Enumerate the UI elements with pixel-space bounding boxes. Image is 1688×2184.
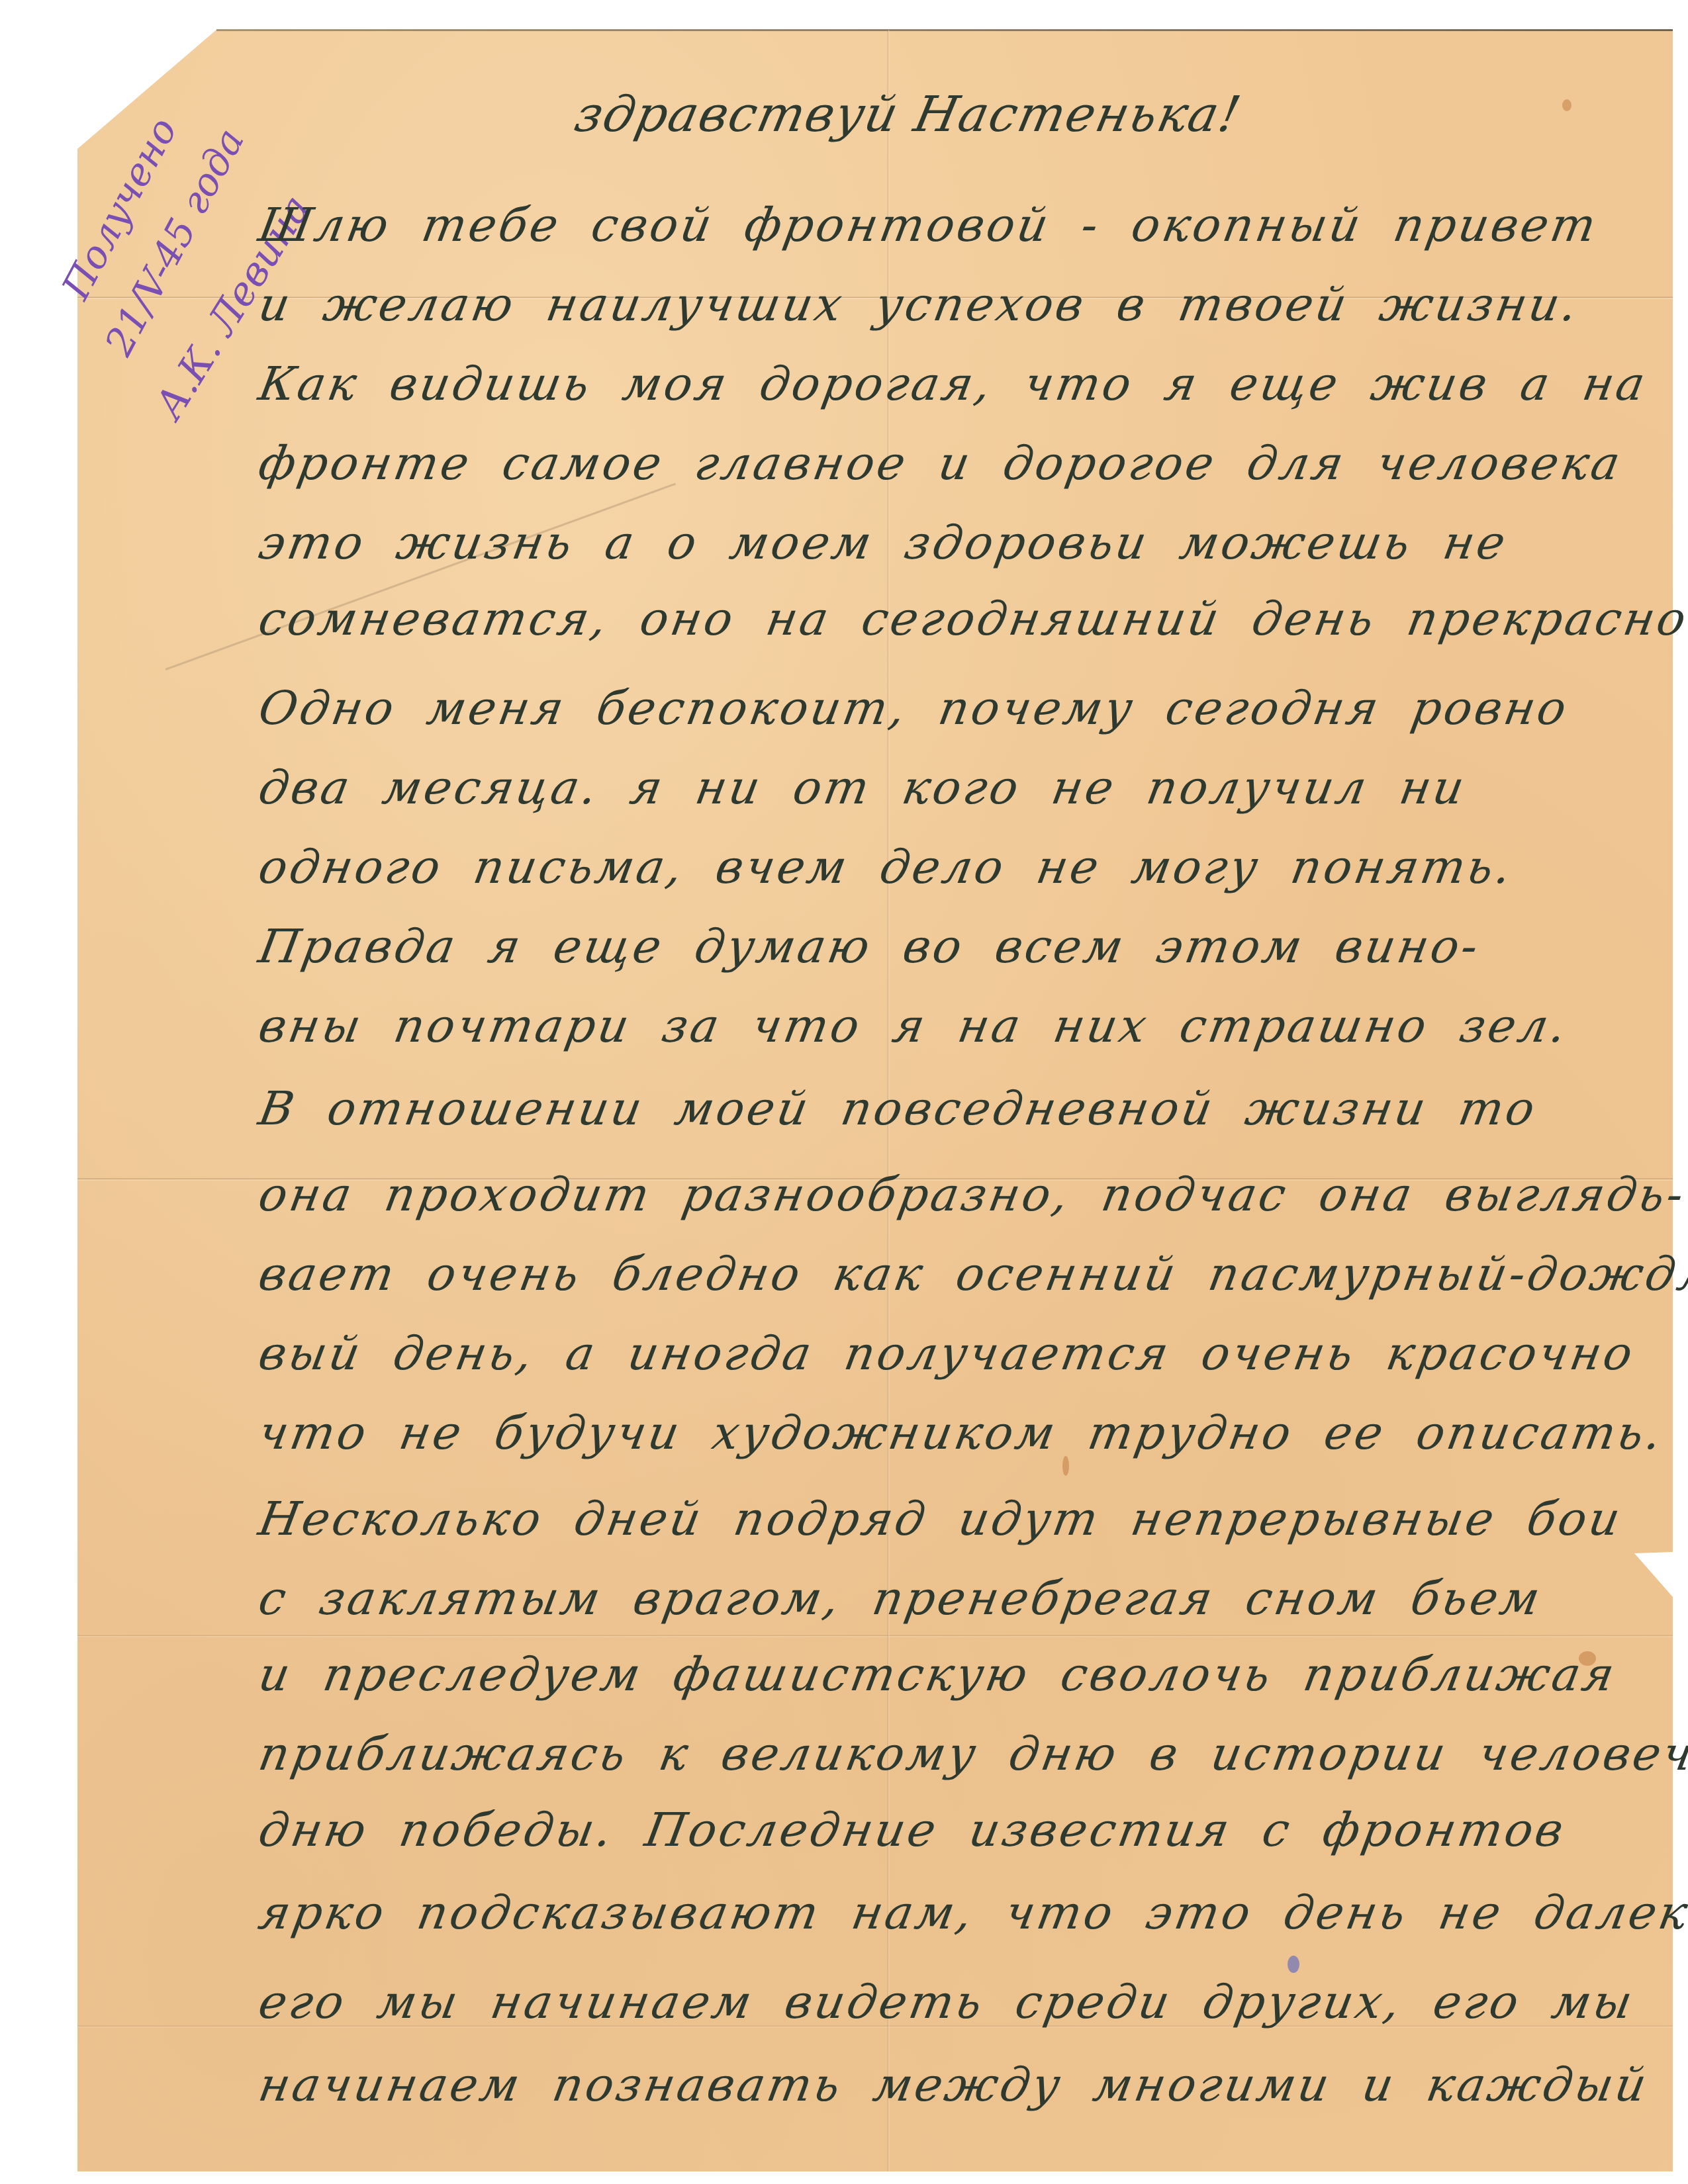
letter-line: это жизнь а о моем здоровьи можешь не: [255, 516, 1512, 569]
letter-line: Шлю тебе свой фронтовой - окопный привет: [255, 199, 1603, 251]
ink-blot: [1288, 1956, 1299, 1973]
letter-line: начинаем познавать между многими и кажды…: [255, 2058, 1653, 2111]
letter-line: она проходит разнообразно, подчас она вы…: [255, 1168, 1688, 1221]
letter-line: сомневатся, оно на сегодняшний день прек…: [255, 592, 1688, 645]
letter-line: с заклятым врагом, пренебрегая сном бьем: [255, 1572, 1546, 1625]
letter-line: Правда я еще думаю во всем этом вино-: [255, 920, 1485, 973]
letter-line: Несколько дней подряд идут непрерывные б…: [255, 1492, 1626, 1545]
letter-greeting: здравствуй Настенька!: [570, 86, 1246, 143]
letter-line: ярко подсказывают нам, что это день не д…: [255, 1886, 1688, 1939]
letter-line: и преследуем фашистскую сволочь приближа…: [255, 1648, 1620, 1701]
letter-line: вны почтари за что я на них страшно зел.: [255, 999, 1573, 1052]
letter-line: дню победы. Последние известия с фронтов: [255, 1803, 1570, 1856]
letter-line: фронте самое главное и дорогое для челов…: [255, 437, 1626, 490]
letter-line: вый день, а иногда получается очень крас…: [255, 1327, 1639, 1380]
letter-line: одного письма, вчем дело не могу понять.: [255, 841, 1518, 893]
letter-line: и желаю наилучших успехов в твоей жизни.: [255, 278, 1584, 331]
letter-line: Как видишь моя дорогая, что я еще жив а …: [255, 357, 1652, 410]
letter-line: его мы начинаем видеть среди других, его…: [255, 1976, 1639, 2028]
letter-line: В отношении моей повседневной жизни то: [255, 1082, 1541, 1135]
letter-line: два месяца. я ни от кого не получил ни: [255, 761, 1471, 814]
paper-stain: [1562, 99, 1571, 111]
letter-line: Одно меня беспокоит, почему сегодня ровн…: [255, 682, 1573, 735]
letter-line: приближаясь к великому дню в истории чел…: [255, 1727, 1688, 1780]
paper-top-edge: [216, 29, 1673, 31]
letter-line: вает очень бледно как осенний пасмурный-…: [255, 1248, 1688, 1300]
letter-line: что не будучи художником трудно ее описа…: [255, 1406, 1668, 1459]
fold-line-horizontal: [77, 1635, 1673, 1637]
